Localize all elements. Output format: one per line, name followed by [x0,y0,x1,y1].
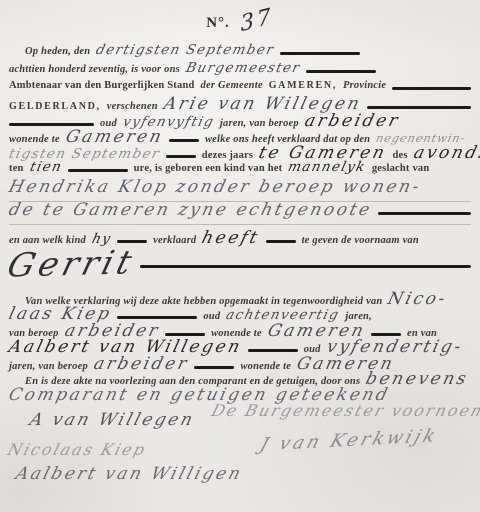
act-line-8: ten tien ure, is geboren een kind van he… [9,161,471,175]
fill-line [166,155,196,158]
printed-municipality: GAMEREN, [269,80,337,91]
fill-line [367,106,471,109]
signature-comparant: A van Willegen [28,412,197,429]
fill-line [68,169,128,172]
printed-province: GELDERLAND, [9,101,101,112]
fill-line [165,333,205,336]
printed-text: geslacht van [372,163,430,174]
handwritten-date: dertigsten September [95,44,276,58]
printed-text: Op heden, den [25,46,90,57]
handwritten-mother-name: Hendrika Klop zonder beroep wonen- [7,179,423,196]
handwritten-verb: heeft [200,230,261,247]
act-line-2: achttien honderd zeventig, is voor ons B… [9,62,471,76]
handwritten-official-role: Burgemeester [184,62,301,76]
printed-text: ten [9,163,24,174]
handwritten-mother-details: de te Gameren zyne echtgenoote [7,202,374,219]
printed-text: ure, is geboren een kind van het [134,163,283,174]
fill-line [194,366,234,369]
printed-text: achttien honderd zeventig, is voor ons [9,64,180,75]
fill-line [378,212,471,215]
printed-text: verklaard [153,235,196,246]
printed-text: oud [203,311,220,322]
act-line-10: de te Gameren zyne echtgenoote [9,202,471,225]
fill-line [248,349,298,352]
printed-text: Ambtenaar van den Burgerlijken Stand [9,80,195,91]
fill-line [140,265,471,268]
act-line-9: Hendrika Klop zonder beroep wonen- [9,179,471,202]
handwritten-occupation: arbeider [303,113,402,130]
printed-text: verschenen [107,101,158,112]
act-line-16: Aalbert van Willegen oud vyfendertig- [9,339,471,356]
signature-burgemeester: J van Kerkwijk [258,427,441,454]
act-number-label: N°. [206,15,230,32]
printed-text: des [393,150,408,161]
printed-text: Provincie [343,80,386,91]
fill-line [280,52,360,55]
printed-text: der Gemeente [201,80,263,91]
handwritten-child-name: Gerrit [4,245,139,281]
handwritten-residence: Gameren [64,129,165,146]
printed-text: jaren, van beroep [220,118,299,129]
fill-line [392,87,471,90]
fill-line [306,70,376,73]
handwritten-hour: tien [28,161,63,175]
handwritten-birthdate-part2: tigsten September [7,148,161,162]
act-number-value: 37 [239,4,274,38]
act-number: N°. 37 [0,8,480,33]
printed-text: dezes jaars [202,150,253,161]
handwritten-gender: mannelyk [287,161,368,175]
fill-line [371,333,401,336]
handwritten-time-of-day: avonds [412,145,480,162]
birth-certificate-document: N°. 37 Op heden, den dertigsten Septembe… [0,0,480,512]
printed-text: te geven de voornaam van [302,235,419,246]
fill-line [117,316,197,319]
act-line-6: wonende te Gameren welke ons heeft verkl… [9,129,471,146]
act-line-3: Ambtenaar van den Burgerlijken Stand der… [9,80,471,91]
signature-witness1: Nicolaas Kiep [6,442,149,458]
printed-text: wonende te [9,134,60,145]
fill-line [169,139,199,142]
act-line-1: Op heden, den dertigsten September [9,44,471,58]
fill-line [9,123,94,126]
act-line-7: tigsten September dezes jaars te Gameren… [9,145,471,162]
signature-burgemeester-title: De Burgemeester voornoemd [210,403,480,419]
signature-witness2: Aalbert van Willigen [14,466,245,483]
fill-line [266,240,296,243]
act-line-12: Gerrit [9,247,471,280]
